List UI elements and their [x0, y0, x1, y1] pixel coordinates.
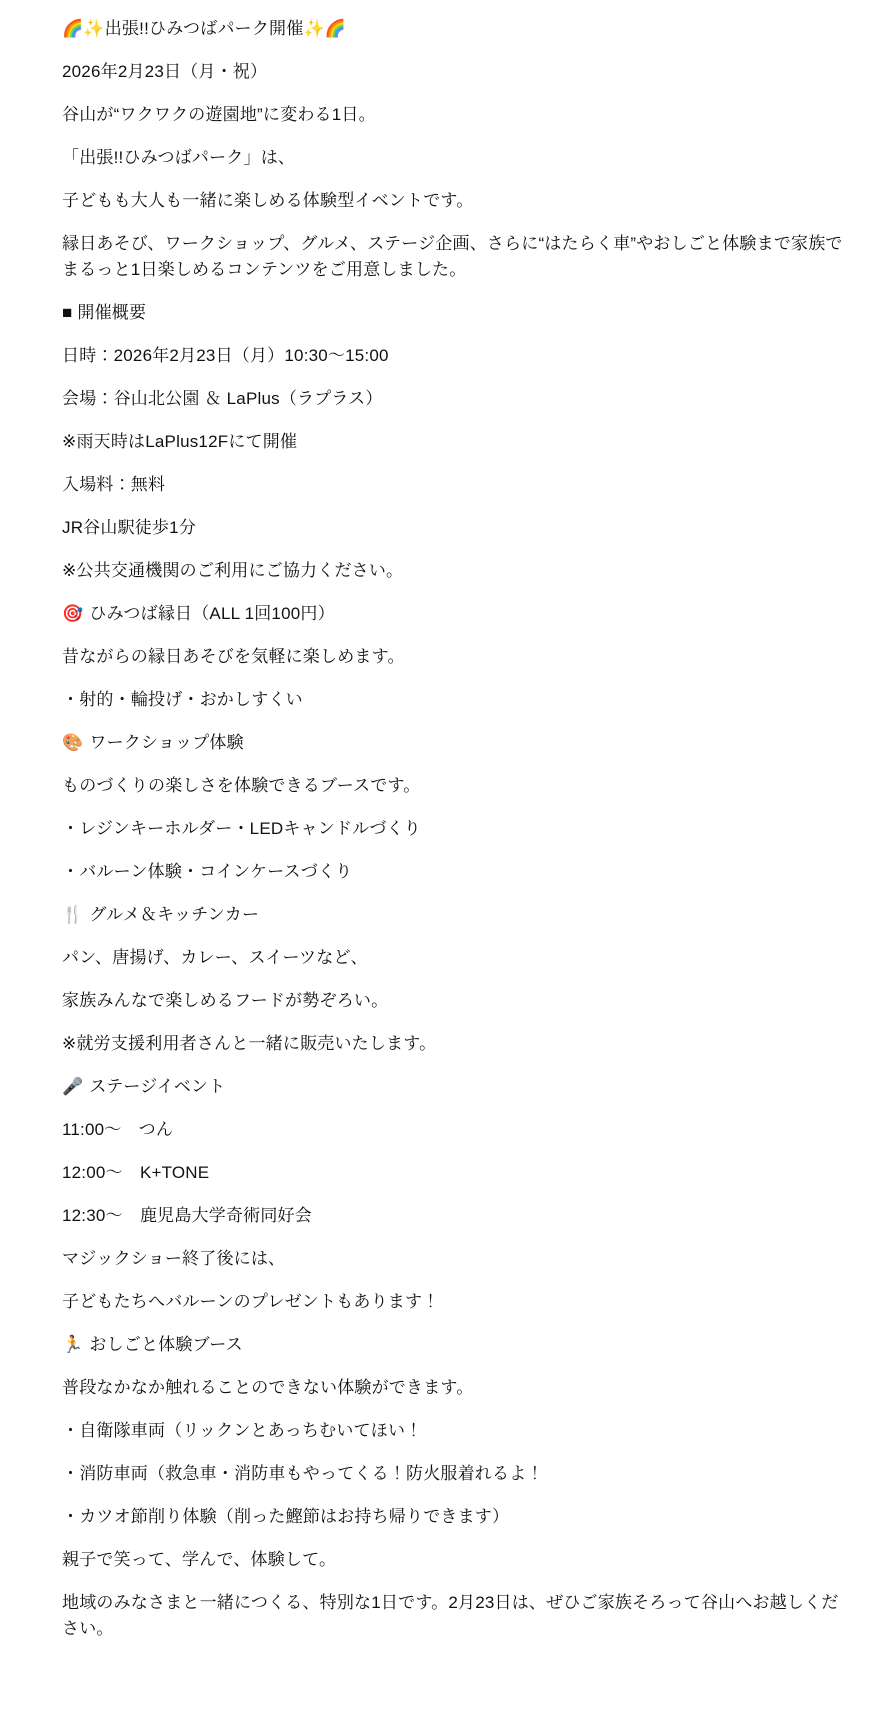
stage-schedule-item: 12:00～ K+TONE — [62, 1160, 844, 1186]
sparkles-icon: ✨ — [303, 19, 324, 38]
stage-schedule-item: 12:30～ 鹿児島大学奇術同好会 — [62, 1203, 844, 1229]
gourmet-note: ※就労支援利用者さんと一緒に販売いたします。 — [62, 1031, 844, 1057]
ennichi-description: 昔ながらの縁日あそびを気軽に楽しめます。 — [62, 644, 844, 670]
workshop-description: ものづくりの楽しさを体験できるブースです。 — [62, 773, 844, 799]
intro-line-2: 「出張!!ひみつばパーク」は、 — [62, 145, 844, 171]
overview-access: JR谷山駅徒歩1分 — [62, 515, 844, 541]
microphone-icon: 🎤 — [62, 1077, 83, 1096]
overview-transit-note: ※公共交通機関のご利用にご協力ください。 — [62, 558, 844, 584]
intro-description: 縁日あそび、ワークショップ、グルメ、ステージ企画、さらに“はたらく車”やおしごと… — [62, 231, 844, 283]
event-announcement-document: 🌈✨出張!!ひみつばパーク開催✨🌈 2026年2月23日（月・祝） 谷山が“ワク… — [0, 0, 896, 1718]
stage-note-1: マジックショー終了後には、 — [62, 1246, 844, 1272]
stage-schedule-item: 11:00～ つん — [62, 1117, 844, 1143]
stage-heading: 🎤ステージイベント — [62, 1074, 844, 1100]
workshop-heading-text: ワークショップ体験 — [89, 733, 243, 752]
sparkles-icon: ✨ — [83, 19, 104, 38]
closing-message: 地域のみなさまと一緒につくる、特別な1日です。2月23日は、ぜひご家族そろって谷… — [62, 1590, 844, 1642]
event-title-text: 出張!!ひみつばパーク開催 — [105, 19, 304, 38]
overview-venue: 会場：谷山北公園 ＆ LaPlus（ラプラス） — [62, 386, 844, 412]
runner-icon: 🏃 — [62, 1335, 83, 1354]
overview-rain-note: ※雨天時はLaPlus12Fにて開催 — [62, 429, 844, 455]
stage-heading-text: ステージイベント — [89, 1077, 225, 1096]
overview-datetime: 日時：2026年2月23日（月）10:30～15:00 — [62, 343, 844, 369]
workshop-items-1: ・レジンキーホルダー・LEDキャンドルづくり — [62, 816, 844, 842]
workshop-heading: 🎨ワークショップ体験 — [62, 730, 844, 756]
fork-and-knife-icon: 🍴 — [62, 905, 83, 924]
gourmet-heading: 🍴グルメ＆キッチンカー — [62, 902, 844, 928]
job-experience-heading: 🏃おしごと体験ブース — [62, 1332, 844, 1358]
job-experience-description: 普段なかなか触れることのできない体験ができます。 — [62, 1375, 844, 1401]
overview-admission: 入場料：無料 — [62, 472, 844, 498]
ennichi-items: ・射的・輪投げ・おかしすくい — [62, 687, 844, 713]
ennichi-heading-text: ひみつば縁日（ALL 1回100円） — [89, 604, 334, 623]
stage-note-2: 子どもたちへバルーンのプレゼントもあります！ — [62, 1289, 844, 1315]
gourmet-heading-text: グルメ＆キッチンカー — [89, 905, 259, 924]
event-title: 🌈✨出張!!ひみつばパーク開催✨🌈 — [62, 16, 844, 42]
dart-target-icon: 🎯 — [62, 604, 83, 623]
gourmet-line-2: 家族みんなで楽しめるフードが勢ぞろい。 — [62, 988, 844, 1014]
palette-icon: 🎨 — [62, 733, 83, 752]
rainbow-icon: 🌈 — [325, 19, 346, 38]
rainbow-icon: 🌈 — [62, 19, 83, 38]
job-experience-item-2: ・消防車両（救急車・消防車もやってくる！防火服着れるよ！ — [62, 1461, 844, 1487]
job-experience-heading-text: おしごと体験ブース — [89, 1335, 242, 1354]
job-experience-item-3: ・カツオ節削り体験（削った鰹節はお持ち帰りできます） — [62, 1504, 844, 1530]
job-experience-item-1: ・自衛隊車両（リックンとあっちむいてほい！ — [62, 1418, 844, 1444]
workshop-items-2: ・バルーン体験・コインケースづくり — [62, 859, 844, 885]
event-date: 2026年2月23日（月・祝） — [62, 59, 844, 85]
gourmet-line-1: パン、唐揚げ、カレー、スイーツなど、 — [62, 945, 844, 971]
closing-line-1: 親子で笑って、学んで、体験して。 — [62, 1547, 844, 1573]
ennichi-heading: 🎯ひみつば縁日（ALL 1回100円） — [62, 601, 844, 627]
intro-line-3: 子どもも大人も一緒に楽しめる体験型イベントです。 — [62, 188, 844, 214]
intro-line-1: 谷山が“ワクワクの遊園地”に変わる1日。 — [62, 102, 844, 128]
overview-heading: ■ 開催概要 — [62, 300, 844, 326]
